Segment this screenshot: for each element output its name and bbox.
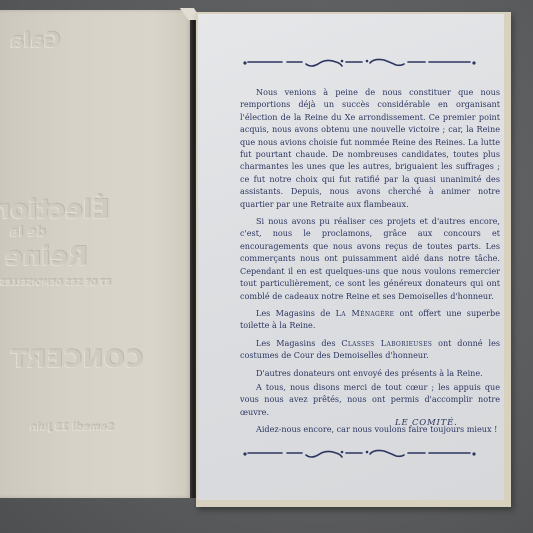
paragraph-thanks-sponsors: Si nous avons pu réaliser ces projets et… — [240, 215, 500, 302]
embossed-text: Samedi 13 Juin — [30, 422, 114, 433]
paragraph-gratitude: A tous, nous disons merci de tout cœur ;… — [240, 381, 500, 418]
embossed-text: Reine — [5, 242, 88, 272]
embossed-text: Gala — [10, 28, 60, 52]
left-page-cover-back: Gala Élection de la Reine ET DE SES DEMO… — [0, 10, 192, 498]
paragraph-intro: Nous venions à peine de nous constituer … — [240, 86, 500, 210]
text: Les Magasins de — [256, 308, 336, 318]
paragraph-menagere: Les Magasins de La Ménagère ont offert u… — [240, 307, 500, 332]
store-name-menagere: La Ménagère — [336, 308, 395, 318]
ornament-rule-top — [242, 55, 478, 69]
embossed-text: CONCERT — [10, 345, 143, 373]
embossed-text: Élection — [0, 195, 109, 225]
embossed-text: de la — [10, 225, 46, 240]
signature: LE COMITÉ. — [395, 418, 458, 428]
paragraph-classes-laborieuses: Les Magasins des Classes Laborieuses ont… — [240, 337, 500, 362]
letter-body: Nous venions à peine de nous constituer … — [240, 86, 500, 441]
embossed-text: ET DE SES DEMOISELLES — [0, 278, 111, 287]
ornament-rule-bottom — [242, 446, 478, 460]
text: Les Magasins des — [256, 338, 341, 348]
store-name-classes-laborieuses: Classes Laborieuses — [341, 338, 432, 348]
paragraph-closing: Aidez-nous encore, car nous voulons fair… — [240, 423, 500, 435]
paragraph-donors: D'autres donateurs ont envoyé des présen… — [240, 367, 500, 379]
